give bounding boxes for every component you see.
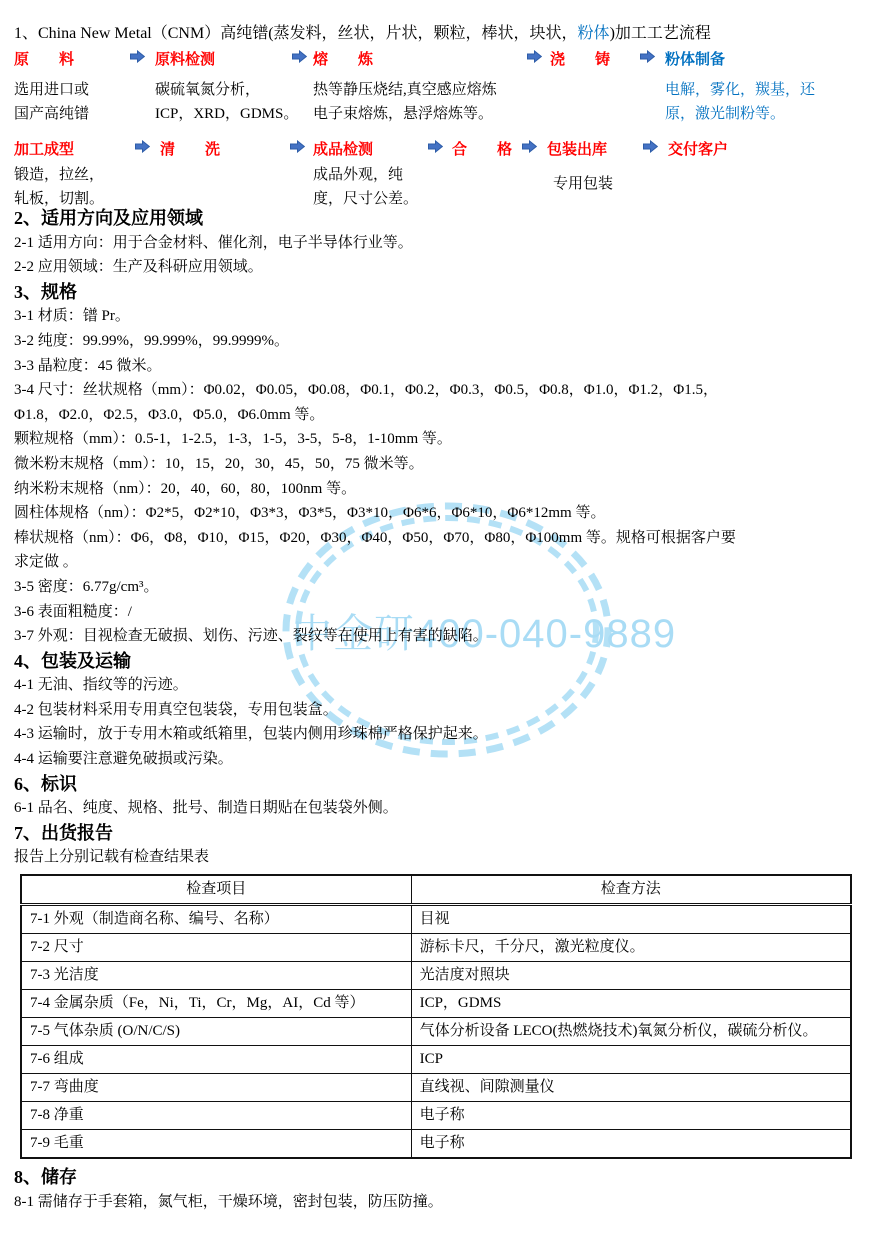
flow-note-line: 锻造，拉丝， [14,163,104,187]
inspection-item-cell: 7-3 光洁度 [21,962,411,990]
title-highlight: 粉体 [578,25,610,42]
section-heading-shipping-report: 7、出货报告 [14,821,862,846]
inspection-item-cell: 7-9 毛重 [21,1130,411,1159]
body-line: 2-1 适用方向：用于合金材料、催化剂，电子半导体行业等。 [14,231,862,256]
body-line: 3-1 材质：镨 Pr。 [14,304,862,329]
body-line: 3-3 晶粒度：45 微米。 [14,354,862,379]
body-line: 3-4 尺寸：丝状规格（mm）：Φ0.02，Φ0.05，Φ0.08，Φ0.1，Φ… [14,378,862,403]
inspection-method-cell: 目视 [411,905,851,934]
flow-note-line: 热等静压烧结,真空感应熔炼 [313,78,497,102]
body-line: 4-4 运输要注意避免破损或污染。 [14,747,862,772]
flow-step-delivery: 交付客户 [668,138,728,159]
flow-step-qualified: 合 格 [452,138,512,159]
body-line: 4-3 运输时，放于专用木箱或纸箱里，包装内侧用珍珠棉严格保护起来。 [14,722,862,747]
body-line: Φ1.8，Φ2.0，Φ2.5，Φ3.0，Φ5.0，Φ6.0mm 等。 [14,403,862,428]
body-line: 4-1 无油、指纹等的污迹。 [14,673,862,698]
flow-arrow-icon [130,50,145,63]
flow-note: 专用包装 [553,172,613,196]
inspection-method-cell: 游标卡尺，千分尺，激光粒度仪。 [411,934,851,962]
inspection-table: 检查项目 检查方法 7-1 外观（制造商名称、编号、名称） 目视 7-2 尺寸 … [20,874,852,1159]
flow-step-material-test: 原料检测 [155,48,215,69]
table-row: 7-8 净重 电子称 [21,1102,851,1130]
document-body: 2、适用方向及应用领域 2-1 适用方向：用于合金材料、催化剂，电子半导体行业等… [14,206,862,1214]
inspection-item-cell: 7-7 弯曲度 [21,1074,411,1102]
section-heading-storage: 8、储存 [14,1165,862,1190]
body-line: 2-2 应用领域：生产及科研应用领域。 [14,255,862,280]
section-heading-packaging: 4、包装及运输 [14,649,862,674]
inspection-method-cell: 电子称 [411,1130,851,1159]
flow-arrow-icon [290,140,305,153]
flow-arrow-icon [640,50,655,63]
inspection-method-cell: 直线视、间隙测量仪 [411,1074,851,1102]
flow-note-line: 碳硫氧氮分析， [155,78,298,102]
flow-step-product-test: 成品检测 [313,138,373,159]
inspection-method-cell: 电子称 [411,1102,851,1130]
body-line: 3-5 密度：6.77g/cm³。 [14,575,862,600]
flow-note-line: 国产高纯镨 [14,102,89,126]
inspection-method-cell: 气体分析设备 LECO(热燃烧技术)氧氮分析仪，碳硫分析仪。 [411,1018,851,1046]
table-row: 7-5 气体杂质 (O/N/C/S) 气体分析设备 LECO(热燃烧技术)氧氮分… [21,1018,851,1046]
flow-arrow-icon [292,50,307,63]
flow-note: 选用进口或 国产高纯镨 [14,78,89,126]
inspection-item-cell: 7-5 气体杂质 (O/N/C/S) [21,1018,411,1046]
flow-note-line: 成品外观，纯 [313,163,418,187]
inspection-item-cell: 7-6 组成 [21,1046,411,1074]
flow-note: 电解，雾化，羰基，还 原，激光制粉等。 [665,78,815,126]
body-line: 求定做 。 [14,550,862,575]
flow-note-line: 电解，雾化，羰基，还 [665,78,815,102]
flow-arrow-icon [522,140,537,153]
table-row: 7-6 组成 ICP [21,1046,851,1074]
title-text: 1、China New Metal（CNM）高纯镨(蒸发料，丝状，片状，颗粒，棒… [14,25,578,42]
body-line: 微米粉末规格（mm）：10，15，20，30，45，50，75 微米等。 [14,452,862,477]
body-line: 报告上分别记载有检查结果表 [14,845,862,870]
body-line: 3-6 表面粗糙度：/ [14,600,862,625]
table-row: 7-4 金属杂质（Fe，Ni，Ti，Cr，Mg，AI，Cd 等） ICP，GDM… [21,990,851,1018]
body-line: 圆柱体规格（nm）：Φ2*5，Φ2*10，Φ3*3，Φ3*5，Φ3*10，Φ6*… [14,501,862,526]
flow-note: 成品外观，纯 度，尺寸公差。 [313,163,418,211]
flow-note-line: 选用进口或 [14,78,89,102]
flow-step-forming: 加工成型 [14,138,74,159]
inspection-item-header: 检查项目 [21,875,411,905]
flow-arrow-icon [428,140,443,153]
body-line: 3-7 外观：目视检查无破损、划伤、污迹、裂纹等在使用上有害的缺陷。 [14,624,862,649]
body-line: 6-1 品名、纯度、规格、批号、制造日期贴在包装袋外侧。 [14,796,862,821]
flow-note: 碳硫氧氮分析， ICP，XRD，GDMS。 [155,78,298,126]
flow-note-line: 原，激光制粉等。 [665,102,815,126]
table-row: 7-2 尺寸 游标卡尺，千分尺，激光粒度仪。 [21,934,851,962]
flow-step-powder-prep: 粉体制备 [665,48,725,69]
flow-step-packing-out: 包装出库 [547,138,607,159]
body-line: 3-2 纯度：99.99%，99.999%，99.9999%。 [14,329,862,354]
inspection-item-cell: 7-2 尺寸 [21,934,411,962]
inspection-item-cell: 7-1 外观（制造商名称、编号、名称） [21,905,411,934]
body-line: 纳米粉末规格（nm）：20，40，60，80，100nm 等。 [14,477,862,502]
inspection-method-cell: ICP，GDMS [411,990,851,1018]
section-heading-applications: 2、适用方向及应用领域 [14,206,862,231]
flow-note-line: 电子束熔炼，悬浮熔炼等。 [313,102,497,126]
title-text: )加工工艺流程 [610,25,711,42]
flow-arrow-icon [135,140,150,153]
inspection-method-header: 检查方法 [411,875,851,905]
table-row: 7-1 外观（制造商名称、编号、名称） 目视 [21,905,851,934]
table-row: 7-9 毛重 电子称 [21,1130,851,1159]
flow-arrow-icon [643,140,658,153]
flow-step-casting: 浇 铸 [550,48,610,69]
table-row: 7-7 弯曲度 直线视、间隙测量仪 [21,1074,851,1102]
flow-note: 热等静压烧结,真空感应熔炼 电子束熔炼，悬浮熔炼等。 [313,78,497,126]
flow-note-line: ICP，XRD，GDMS。 [155,102,298,126]
inspection-method-cell: 光洁度对照块 [411,962,851,990]
section-heading-labeling: 6、标识 [14,772,862,797]
table-header-row: 检查项目 检查方法 [21,875,851,905]
flow-note-line: 专用包装 [553,172,613,196]
flow-arrow-icon [527,50,542,63]
body-line: 颗粒规格（mm）：0.5-1，1-2.5，1-3，1-5，3-5，5-8，1-1… [14,427,862,452]
inspection-item-cell: 7-8 净重 [21,1102,411,1130]
body-line: 8-1 需储存于手套箱，氮气柜，干燥环境，密封包装，防压防撞。 [14,1190,862,1215]
flow-note: 锻造，拉丝， 轧板，切割。 [14,163,104,211]
document-page: 中金研400-040-9889 1、China New Metal（CNM）高纯… [0,0,890,1258]
body-line: 棒状规格（nm）：Φ6，Φ8，Φ10，Φ15，Φ20，Φ30，Φ40，Φ50，Φ… [14,526,862,551]
body-line: 4-2 包装材料采用专用真空包装袋，专用包装盒。 [14,698,862,723]
flow-step-melting: 熔 炼 [313,48,373,69]
page-title: 1、China New Metal（CNM）高纯镨(蒸发料，丝状，片状，颗粒，棒… [14,20,874,43]
inspection-item-cell: 7-4 金属杂质（Fe，Ni，Ti，Cr，Mg，AI，Cd 等） [21,990,411,1018]
section-heading-specifications: 3、规格 [14,280,862,305]
inspection-method-cell: ICP [411,1046,851,1074]
flow-step-raw-material: 原 料 [14,48,74,69]
flow-step-cleaning: 清 洗 [160,138,220,159]
table-row: 7-3 光洁度 光洁度对照块 [21,962,851,990]
